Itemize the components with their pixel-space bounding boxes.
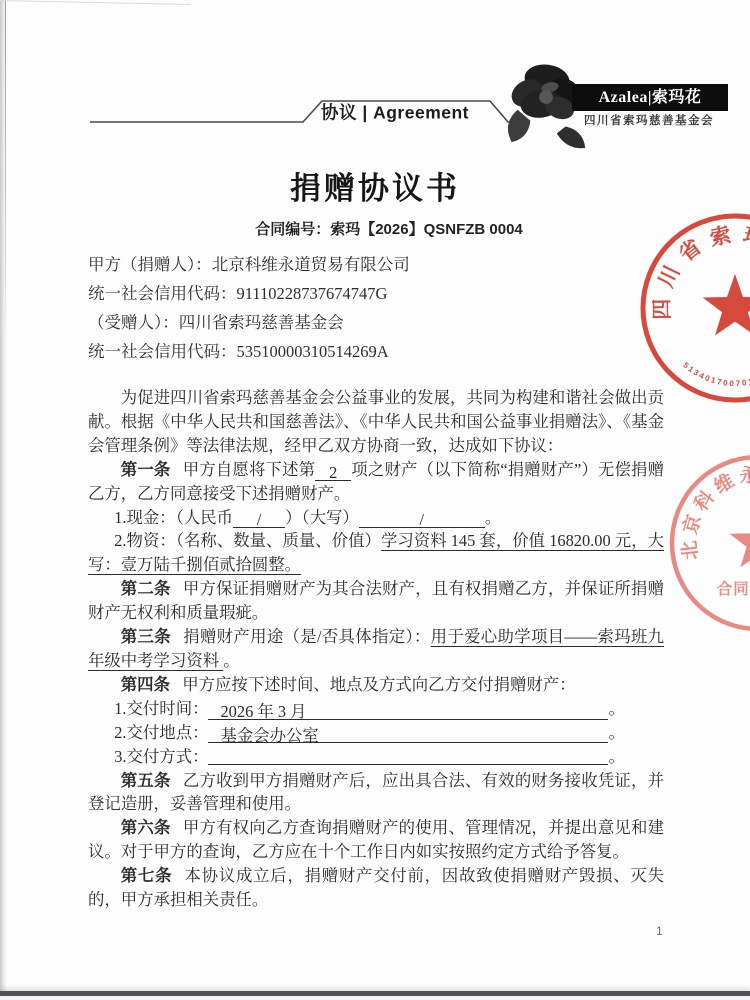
cash-clause: 1.现金：（人民币/）（大写）/。 — [88, 506, 664, 530]
delivery-place-label: 2.交付地点： — [114, 723, 208, 742]
document-title: 捐赠协议书 — [0, 163, 750, 208]
article-2: 第二条甲方保证捐赠财产为其合法财产，且有权捐赠乙方，并保证所捐赠财产无权利和质量… — [88, 577, 664, 625]
party-b-credit-code: 统一社会信用代码：53510000310514269A — [88, 337, 668, 366]
article-7: 第七条本协议成立后，捐赠财产交付前，因故致使捐赠财产毁损、灭失的，甲方承担相关责… — [88, 864, 664, 912]
preamble-paragraph: 为促进四川省索玛慈善基金会公益事业的发展，共同为构建和谐社会做出贡献。根据《中华… — [88, 386, 664, 458]
delivery-method-label: 3.交付方式： — [114, 747, 208, 766]
article-1-post: 项之财产（以下简称“捐赠财产”）无偿捐赠乙方，乙方同意接受下述捐赠财产。 — [88, 460, 664, 503]
delivery-method-line: 3.交付方式：。 — [88, 745, 664, 769]
party-a-credit-code: 统一社会信用代码：91110228737674747G — [88, 279, 668, 308]
logo-org-name: 四川省索玛慈善基金会 — [568, 112, 730, 128]
article-7-head: 第七条 — [121, 866, 172, 885]
parties-block: 甲方（捐赠人）：北京科维永道贸易有限公司 统一社会信用代码：9111022873… — [88, 250, 668, 366]
logo-brand-badge: Azalea|索玛花 — [572, 84, 728, 111]
party-a-line: 甲方（捐赠人）：北京科维永道贸易有限公司 — [88, 250, 668, 279]
cash-mid: ）（大写） — [285, 508, 359, 527]
contract-number: 合同编号：索玛【2026】QSNFZB 0004 — [14, 218, 750, 239]
delivery-time-label: 1.交付时间： — [114, 699, 208, 718]
seal-code-text: 51340170070103 — [681, 361, 750, 389]
seal-circle — [672, 457, 750, 629]
banner-title: 协议 | Agreement — [321, 103, 469, 123]
delivery-time-end: 。 — [608, 699, 624, 718]
donor-company-seal-stamp: 北京科维永道贸易有限公司 合同专用章 — [655, 450, 750, 640]
article-7-text: 本协议成立后，捐赠财产交付前，因故致使捐赠财产毁损、灭失的，甲方承担相关责任。 — [88, 866, 664, 909]
goods-clause: 2.物资：（名称、数量、质量、价值）学习资料 145 套，价值 16820.00… — [88, 529, 664, 577]
item-number-blank: 2 — [315, 461, 351, 481]
seal-arc-text: 北京科维永道贸易有限公司 — [678, 463, 750, 614]
party-b-line: （受赠人）：四川省索玛慈善基金会 — [88, 308, 668, 337]
delivery-method-blank — [208, 745, 608, 765]
article-5-text: 乙方收到甲方捐赠财产后，应出具合法、有效的财务接收凭证，并登记造册，妥善管理和使… — [88, 771, 664, 814]
article-4: 第四条甲方应按下述时间、地点及方式向乙方交付捐赠财产： — [88, 673, 664, 697]
article-3-pre: 捐赠财产用途（是/否具体指定）： — [183, 627, 430, 646]
scan-edge-top — [0, 0, 190, 5]
article-2-text: 甲方保证捐赠财产为其合法财产，且有权捐赠乙方，并保证所捐赠财产无权利和质量瑕疵。 — [88, 579, 664, 622]
cash-words-blank: / — [359, 508, 485, 528]
agreement-banner: 协议 | Agreement — [88, 95, 532, 129]
cash-end: 。 — [485, 508, 501, 527]
agreement-body: 为促进四川省索玛慈善基金会公益事业的发展，共同为构建和谐社会做出贡献。根据《中华… — [88, 386, 664, 912]
goods-label: 2.物资：（名称、数量、质量、价值） — [114, 531, 381, 550]
seal-label-text: 合同专用章 — [717, 579, 750, 598]
article-1: 第一条甲方自愿将下述第2项之财产（以下简称“捐赠财产”）无偿捐赠乙方，乙方同意接… — [88, 458, 664, 506]
article-6: 第六条甲方有权向乙方查询捐赠财产的使用、管理情况，并提出意见和建议。对于甲方的查… — [88, 816, 664, 864]
article-4-head: 第四条 — [121, 675, 170, 694]
article-2-head: 第二条 — [121, 579, 171, 598]
cash-label: 1.现金：（人民币 — [114, 508, 233, 527]
article-1-head: 第一条 — [121, 460, 171, 479]
article-1-pre: 甲方自愿将下述第 — [183, 460, 315, 479]
seal-star-icon — [730, 513, 750, 567]
article-5-head: 第五条 — [121, 771, 171, 790]
article-6-head: 第六条 — [121, 818, 171, 837]
scan-edge-bottom-white — [0, 996, 750, 1000]
article-3-end: 。 — [223, 651, 239, 670]
delivery-place-line: 2.交付地点：基金会办公室。 — [88, 721, 664, 745]
delivery-place-end: 。 — [608, 723, 624, 742]
article-5: 第五条乙方收到甲方捐赠财产后，应出具合法、有效的财务接收凭证，并登记造册，妥善管… — [88, 769, 664, 817]
article-3: 第三条捐赠财产用途（是/否具体指定）：用于爱心助学项目——索玛班九年级中考学习资… — [88, 625, 664, 673]
article-6-text: 甲方有权向乙方查询捐赠财产的使用、管理情况，并提出意见和建议。对于甲方的查询，乙… — [88, 818, 664, 861]
page-number: 1 — [656, 924, 663, 938]
delivery-place-blank: 基金会办公室 — [208, 724, 608, 744]
delivery-time-blank: 2026 年 3 月 — [208, 700, 608, 720]
scanned-agreement-page: 协议 | Agreement Azalea|索玛花 四川省索玛慈善基金会 捐赠协… — [0, 0, 750, 1000]
delivery-method-end: 。 — [608, 747, 624, 766]
article-4-text: 甲方应按下述时间、地点及方式向乙方交付捐赠财产： — [182, 675, 575, 694]
svg-text:北京科维永道贸易有限公司: 北京科维永道贸易有限公司 — [678, 463, 750, 614]
seal-star-icon — [703, 274, 750, 336]
cash-amount-blank: / — [233, 508, 285, 528]
article-3-head: 第三条 — [121, 627, 171, 646]
delivery-time-line: 1.交付时间：2026 年 3 月。 — [88, 697, 664, 721]
svg-text:51340170070103: 51340170070103 — [681, 361, 750, 389]
